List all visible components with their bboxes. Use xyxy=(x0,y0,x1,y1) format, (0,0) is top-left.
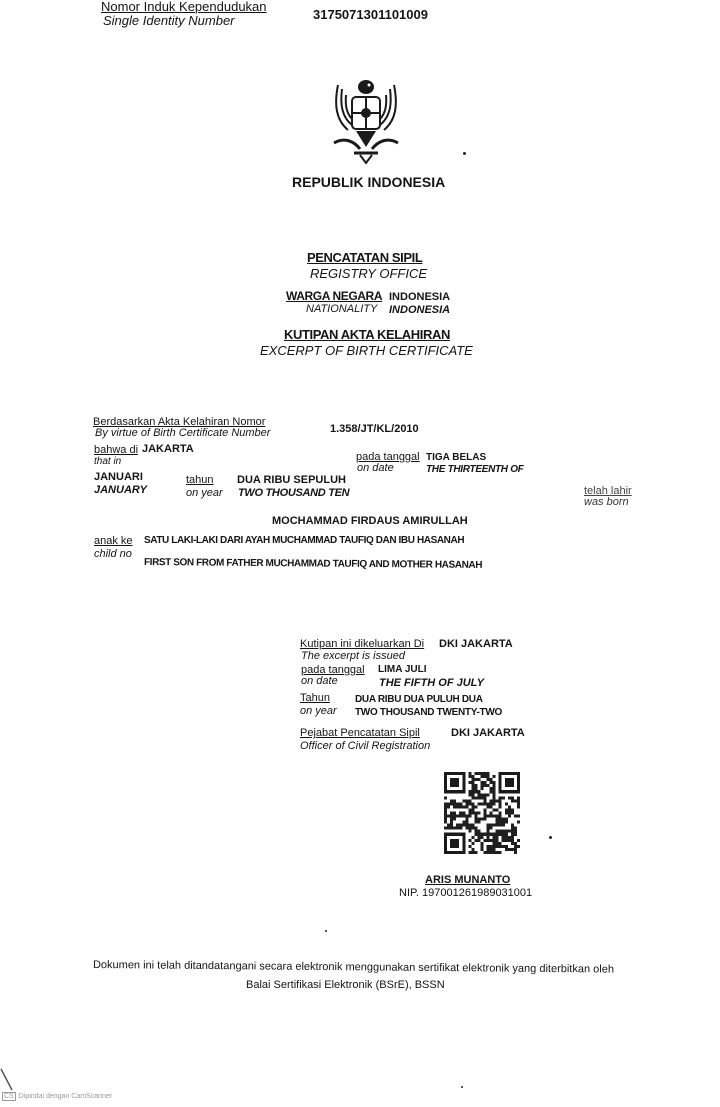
scanner-watermark: CSDipindai dengan CamScanner xyxy=(2,1092,112,1101)
document-title-en: EXCERPT OF BIRTH CERTIFICATE xyxy=(260,343,473,358)
issue-year-label-en: on year xyxy=(300,705,337,717)
birth-year-value: DUA RIBU SEPULUH xyxy=(237,474,346,486)
birth-date-label-en: on date xyxy=(357,462,394,474)
esign-notice-line1: Dokumen ini telah ditandatangani secara … xyxy=(93,959,614,976)
nationality-label: WARGA NEGARA xyxy=(286,290,382,303)
officer-label-en: Officer of Civil Registration xyxy=(300,740,430,752)
birth-date-value: TIGA BELAS xyxy=(426,452,486,463)
issue-year-value: DUA RIBU DUA PULUH DUA xyxy=(355,694,483,705)
scan-edge-mark xyxy=(0,1068,14,1092)
cert-number: 1.358/JT/KL/2010 xyxy=(330,423,419,435)
place-label-en: that in xyxy=(94,456,121,468)
issue-place-label: Kutipan ini dikeluarkan Di xyxy=(300,638,424,650)
cert-label-en: By virtue of Birth Certificate Number xyxy=(95,427,270,439)
scanner-text: Dipindai dengan CamScanner xyxy=(19,1093,112,1100)
nationality-value-en: INDONESIA xyxy=(389,304,450,316)
issue-year-value-en: TWO THOUSAND TWENTY-TWO xyxy=(355,707,502,718)
officer-value: DKI JAKARTA xyxy=(451,727,525,739)
camscanner-logo-icon: CS xyxy=(2,1092,16,1101)
place-label: bahwa di xyxy=(94,444,138,456)
born-label-en: was born xyxy=(584,496,629,508)
issue-date-value-en: THE FIFTH OF JULY xyxy=(379,677,484,689)
birth-year-value-en: TWO THOUSAND TEN xyxy=(238,487,349,499)
qr-code-icon xyxy=(444,772,520,854)
garuda-emblem-icon xyxy=(330,75,402,165)
issue-place-value: DKI JAKARTA xyxy=(439,638,513,650)
place-value: JAKARTA xyxy=(142,443,194,456)
office-title: PENCATATAN SIPIL xyxy=(307,250,422,265)
office-title-en: REGISTRY OFFICE xyxy=(310,266,427,281)
birth-month-en: JANUARY xyxy=(94,484,147,496)
nik-value: 3175071301101009 xyxy=(313,7,428,22)
child-order-value-en: FIRST SON FROM FATHER MUCHAMMAD TAUFIQ A… xyxy=(144,557,482,571)
nationality-value: INDONESIA xyxy=(389,291,450,304)
child-order-label: anak ke xyxy=(94,535,133,547)
child-order-value: SATU LAKI-LAKI DARI AYAH MUCHAMMAD TAUFI… xyxy=(144,535,464,546)
nik-label-en: Single Identity Number xyxy=(103,14,235,27)
nik-label: Nomor Induk Kependudukan xyxy=(101,0,267,13)
birth-year-label: tahun xyxy=(186,474,214,486)
nationality-label-en: NATIONALITY xyxy=(306,303,377,315)
issue-date-label-en: on date xyxy=(301,675,338,687)
birth-date-value-en: THE THIRTEENTH OF xyxy=(426,464,524,475)
child-order-label-en: child no xyxy=(94,548,132,560)
country-title: REPUBLIK INDONESIA xyxy=(292,174,445,190)
esign-notice-line2: Balai Sertifikasi Elektronik (BSrE), BSS… xyxy=(246,979,445,991)
issue-place-label-en: The excerpt is issued xyxy=(301,650,405,662)
officer-label: Pejabat Pencatatan Sipil xyxy=(300,727,420,739)
document-title: KUTIPAN AKTA KELAHIRAN xyxy=(284,327,450,342)
issue-date-value: LIMA JULI xyxy=(378,664,427,675)
child-name: MOCHAMMAD FIRDAUS AMIRULLAH xyxy=(272,515,468,527)
birth-month: JANUARI xyxy=(94,471,143,483)
issue-year-label: Tahun xyxy=(300,692,330,704)
birth-year-label-en: on year xyxy=(186,487,223,499)
signer-name: ARIS MUNANTO xyxy=(425,874,510,886)
signer-nip: NIP. 197001261989031001 xyxy=(399,887,532,899)
